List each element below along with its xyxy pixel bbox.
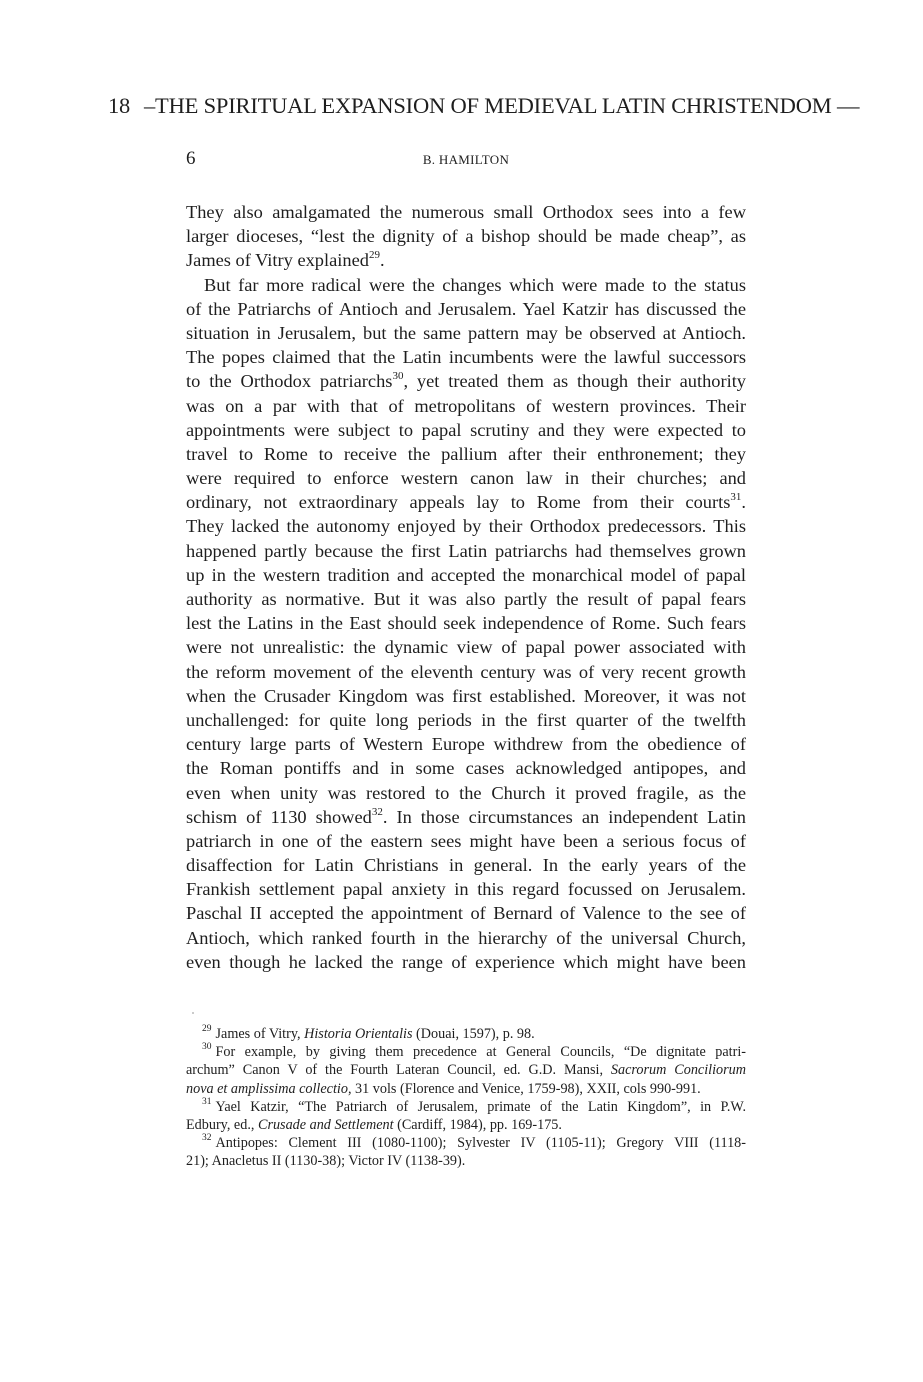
body-line: was on a par with that of metropolitans … bbox=[186, 394, 746, 418]
footnote-number: 32 bbox=[202, 1133, 212, 1143]
body-line: were not unrealistic: the dynamic view o… bbox=[186, 635, 746, 659]
body-line-text: century large parts of Western Europe wi… bbox=[186, 734, 746, 754]
body-line-text: were required to enforce western canon l… bbox=[186, 468, 746, 488]
body-line-text: of the Patriarchs of Antioch and Jerusal… bbox=[186, 299, 746, 319]
body-line: Frankish settlement papal anxiety in thi… bbox=[186, 877, 746, 901]
body-line: disaffection for Latin Christians in gen… bbox=[186, 853, 746, 877]
footnote-ref[interactable]: 30 bbox=[392, 370, 403, 382]
body-line-text: the Roman pontiffs and in some cases ack… bbox=[186, 758, 746, 778]
footnote-ref[interactable]: 32 bbox=[372, 806, 383, 818]
body-line: when the Crusader Kingdom was first esta… bbox=[186, 684, 746, 708]
body-line: even when unity was restored to the Chur… bbox=[186, 781, 746, 805]
footnote-line: archum” Canon V of the Fourth Lateran Co… bbox=[186, 1061, 746, 1079]
scan-speck bbox=[192, 1012, 194, 1014]
body-line-text: up in the western tradition and accepted… bbox=[186, 565, 746, 585]
footnote-line: nova et amplissima collectio, 31 vols (F… bbox=[186, 1080, 746, 1098]
footnote-ref[interactable]: 29 bbox=[369, 249, 380, 261]
body-line: up in the western tradition and accepted… bbox=[186, 563, 746, 587]
body-line: larger dioceses, “lest the dignity of a … bbox=[186, 224, 746, 248]
body-line: even though he lacked the range of exper… bbox=[186, 950, 746, 974]
body-line-text: Antioch, which ranked fourth in the hier… bbox=[186, 928, 746, 948]
body-line-text: was on a par with that of metropolitans … bbox=[186, 396, 746, 416]
body-line: of the Patriarchs of Antioch and Jerusal… bbox=[186, 297, 746, 321]
footnote-line: 31Yael Katzir, “The Patriarch of Jerusal… bbox=[186, 1098, 746, 1116]
body-line-text: appointments were subject to papal scrut… bbox=[186, 420, 746, 440]
body-line-text: situation in Jerusalem, but the same pat… bbox=[186, 323, 746, 343]
footnote-line: 21); Anacletus II (1130-38); Victor IV (… bbox=[186, 1152, 746, 1170]
body-line: Antioch, which ranked fourth in the hier… bbox=[186, 926, 746, 950]
body-line: authority as normative. But it was also … bbox=[186, 587, 746, 611]
body-line: lest the Latins in the East should seek … bbox=[186, 611, 746, 635]
body-line-text: Frankish settlement papal anxiety in thi… bbox=[186, 879, 746, 899]
body-line-text: But far more radical were the changes wh… bbox=[204, 275, 746, 295]
body-line: century large parts of Western Europe wi… bbox=[186, 732, 746, 756]
book-page-number: 18 bbox=[108, 92, 144, 120]
footnote-text: (Douai, 1597), p. 98. bbox=[413, 1026, 535, 1042]
body-line: patriarch in one of the eastern sees mig… bbox=[186, 829, 746, 853]
footnote-text: Antipopes: Clement III (1080-1100); Sylv… bbox=[216, 1135, 747, 1151]
footnote-number: 30 bbox=[202, 1042, 212, 1052]
footnote-italic-title: Crusade and Settlement bbox=[258, 1117, 394, 1133]
footnote-text: (Cardiff, 1984), pp. 169-175. bbox=[394, 1117, 562, 1133]
body-line-text: James of Vitry explained bbox=[186, 250, 369, 270]
body-line-text: schism of 1130 showed bbox=[186, 807, 372, 827]
body-line-text: happened partly because the first Latin … bbox=[186, 541, 746, 561]
body-line-text: . bbox=[380, 250, 385, 270]
body-line-text: even though he lacked the range of exper… bbox=[186, 952, 746, 972]
footnote-text: For example, by giving them precedence a… bbox=[216, 1044, 747, 1060]
footnote-number: 29 bbox=[202, 1024, 212, 1034]
body-text: They also amalgamated the numerous small… bbox=[186, 200, 746, 974]
footnotes: 29James of Vitry, Historia Orientalis (D… bbox=[186, 1025, 746, 1171]
footnote-number: 31 bbox=[202, 1097, 212, 1107]
body-line: They also amalgamated the numerous small… bbox=[186, 200, 746, 224]
footnote-30: 30For example, by giving them precedence… bbox=[186, 1043, 746, 1098]
body-line-text: , yet treated them as though their autho… bbox=[403, 371, 746, 391]
body-line-text: patriarch in one of the eastern sees mig… bbox=[186, 831, 746, 851]
body-line-text: even when unity was restored to the Chur… bbox=[186, 783, 746, 803]
footnote-31: 31Yael Katzir, “The Patriarch of Jerusal… bbox=[186, 1098, 746, 1134]
footnote-text: James of Vitry, bbox=[216, 1026, 305, 1042]
body-line: appointments were subject to papal scrut… bbox=[186, 418, 746, 442]
footnote-text: Yael Katzir, “The Patriarch of Jerusalem… bbox=[216, 1099, 747, 1115]
footnote-text: 21); Anacletus II (1130-38); Victor IV (… bbox=[186, 1153, 465, 1169]
book-title: –THE SPIRITUAL EXPANSION OF MEDIEVAL LAT… bbox=[144, 93, 859, 118]
body-line-text: when the Crusader Kingdom was first esta… bbox=[186, 686, 746, 706]
footnote-line: 30For example, by giving them precedence… bbox=[186, 1043, 746, 1061]
body-line-text: They lacked the autonomy enjoyed by thei… bbox=[186, 516, 746, 536]
body-line: the reform movement of the eleventh cent… bbox=[186, 660, 746, 684]
body-line-text: The popes claimed that the Latin incumbe… bbox=[186, 347, 746, 367]
body-line: the Roman pontiffs and in some cases ack… bbox=[186, 756, 746, 780]
body-line: But far more radical were the changes wh… bbox=[186, 273, 746, 297]
body-line: They lacked the autonomy enjoyed by thei… bbox=[186, 514, 746, 538]
body-line: were required to enforce western canon l… bbox=[186, 466, 746, 490]
body-line-text: disaffection for Latin Christians in gen… bbox=[186, 855, 746, 875]
body-line: happened partly because the first Latin … bbox=[186, 539, 746, 563]
footnote-line: 32Antipopes: Clement III (1080-1100); Sy… bbox=[186, 1134, 746, 1152]
footnote-italic-title: Historia Orientalis bbox=[304, 1026, 412, 1042]
body-line-text: travel to Rome to receive the pallium af… bbox=[186, 444, 746, 464]
article-page-header: 6 B. HAMILTON bbox=[186, 148, 746, 172]
body-line-text: authority as normative. But it was also … bbox=[186, 589, 746, 609]
body-line: to the Orthodox patriarchs30, yet treate… bbox=[186, 369, 746, 393]
footnote-text: archum” Canon V of the Fourth Lateran Co… bbox=[186, 1062, 611, 1078]
body-line: James of Vitry explained29. bbox=[186, 248, 746, 272]
body-line-text: larger dioceses, “lest the dignity of a … bbox=[186, 226, 746, 246]
body-line: ordinary, not extraordinary appeals lay … bbox=[186, 490, 746, 514]
body-line: travel to Rome to receive the pallium af… bbox=[186, 442, 746, 466]
body-line-text: ordinary, not extraordinary appeals lay … bbox=[186, 492, 730, 512]
body-line: The popes claimed that the Latin incumbe… bbox=[186, 345, 746, 369]
footnote-line: Edbury, ed., Crusade and Settlement (Car… bbox=[186, 1116, 746, 1134]
footnote-italic-title: Sacrorum Conciliorum bbox=[611, 1062, 746, 1078]
body-line-text: unchallenged: for quite long periods in … bbox=[186, 710, 746, 730]
body-line: schism of 1130 showed32. In those circum… bbox=[186, 805, 746, 829]
footnote-29: 29James of Vitry, Historia Orientalis (D… bbox=[186, 1025, 746, 1043]
footnote-32: 32Antipopes: Clement III (1080-1100); Sy… bbox=[186, 1134, 746, 1170]
body-line-text: They also amalgamated the numerous small… bbox=[186, 202, 746, 222]
body-line-text: Paschal II accepted the appointment of B… bbox=[186, 903, 746, 923]
body-line: unchallenged: for quite long periods in … bbox=[186, 708, 746, 732]
body-line-text: the reform movement of the eleventh cent… bbox=[186, 662, 746, 682]
body-line-text: to the Orthodox patriarchs bbox=[186, 371, 392, 391]
author-name: B. HAMILTON bbox=[186, 152, 746, 168]
footnote-italic-title: nova et amplissima collectio bbox=[186, 1081, 348, 1097]
running-header: 18–THE SPIRITUAL EXPANSION OF MEDIEVAL L… bbox=[108, 92, 828, 120]
body-line: Paschal II accepted the appointment of B… bbox=[186, 901, 746, 925]
footnote-ref[interactable]: 31 bbox=[730, 491, 741, 503]
body-line-text: were not unrealistic: the dynamic view o… bbox=[186, 637, 746, 657]
body-line-text: . bbox=[741, 492, 746, 512]
footnote-text: , 31 vols (Florence and Venice, 1759-98)… bbox=[348, 1081, 701, 1097]
footnote-line: 29James of Vitry, Historia Orientalis (D… bbox=[186, 1025, 746, 1043]
body-line-text: . In those circumstances an independent … bbox=[383, 807, 746, 827]
body-line-text: lest the Latins in the East should seek … bbox=[186, 613, 746, 633]
body-line: situation in Jerusalem, but the same pat… bbox=[186, 321, 746, 345]
footnote-text: Edbury, ed., bbox=[186, 1117, 258, 1133]
